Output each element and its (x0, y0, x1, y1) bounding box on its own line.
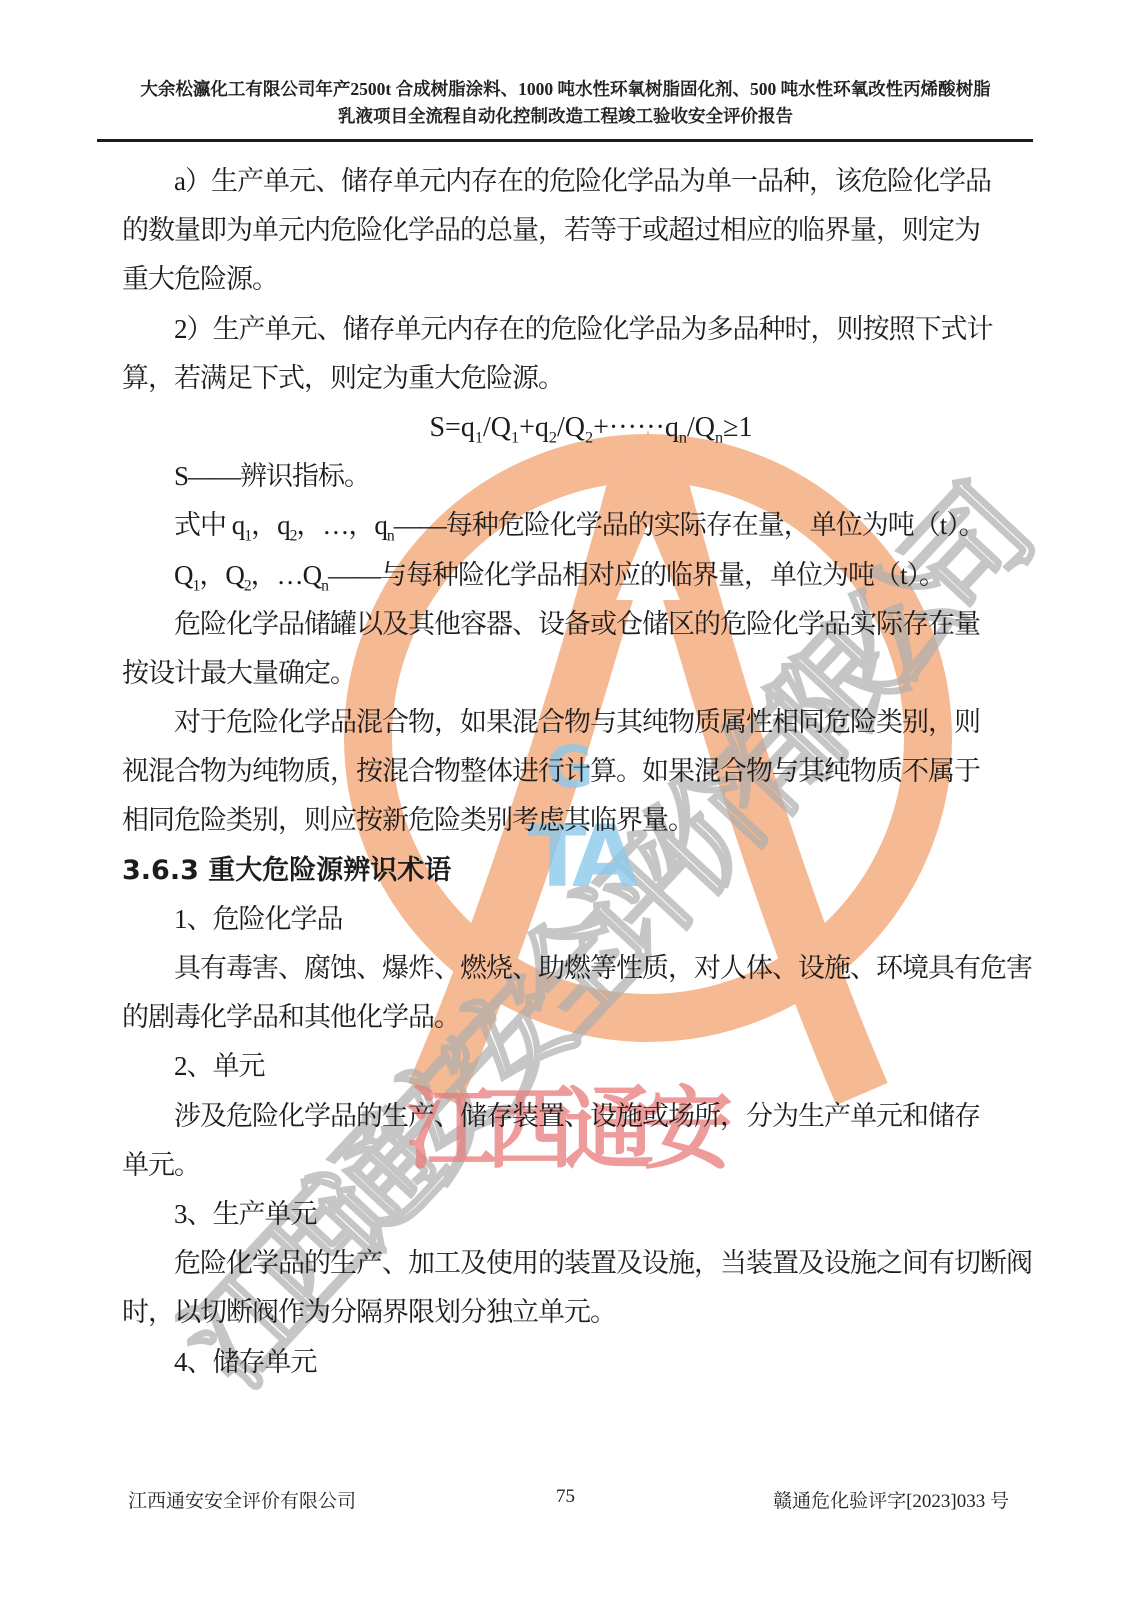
body-line: 对于危险化学品混合物，如果混合物与其纯物质属性相同危险类别，则 (122, 698, 1014, 747)
body-line: 1、危险化学品 (122, 895, 1014, 944)
body-line: S——辨识指标。 (122, 452, 1014, 501)
body-line: Q1，Q2，…Qn——与每种险化学品相对应的临界量，单位为吨（t）。 (122, 551, 1014, 600)
body-line: 2）生产单元、储存单元内存在的危险化学品为多品种时，则按照下式计 (122, 305, 1014, 354)
section-heading: 3.6.3 重大危险源辨识术语 (122, 846, 1014, 895)
body-line: 式中 q1，q2，…，qn——每种危险化学品的实际存在量，单位为吨（t）。 (122, 501, 1014, 550)
body-line: 3、生产单元 (122, 1190, 1014, 1239)
body-line: 具有毒害、腐蚀、爆炸、燃烧、助燃等性质，对人体、设施、环境具有危害 (122, 944, 1014, 993)
body-line: 重大危险源。 (122, 255, 1014, 304)
body-line: 时，以切断阀作为分隔界限划分独立单元。 (122, 1288, 1014, 1337)
report-page: 江西通安安全评价有限公司 G TA 江西通安 大余松瀛化工有限公司年产2500t… (0, 0, 1131, 1600)
formula: S=q1/Q1+q2/Q2+······qn/Qn≥1 (122, 403, 1014, 452)
body-line: 视混合物为纯物质，按混合物整体进行计算。如果混合物与其纯物质不属于 (122, 747, 1014, 796)
body-line: 的数量即为单元内危险化学品的总量，若等于或超过相应的临界量，则定为 (122, 206, 1014, 255)
body-line: 4、储存单元 (122, 1338, 1014, 1387)
body-line: 危险化学品的生产、加工及使用的装置及设施，当装置及设施之间有切断阀 (122, 1239, 1014, 1288)
body-line: 算，若满足下式，则定为重大危险源。 (122, 354, 1014, 403)
body-line: a）生产单元、储存单元内存在的危险化学品为单一品种，该危险化学品 (122, 157, 1014, 206)
body-line: 的剧毒化学品和其他化学品。 (122, 993, 1014, 1042)
body-line: 相同危险类别，则应按新危险类别考虑其临界量。 (122, 796, 1014, 845)
document-body: a）生产单元、储存单元内存在的危险化学品为单一品种，该危险化学品 的数量即为单元… (122, 157, 1014, 1387)
body-line: 2、单元 (122, 1042, 1014, 1091)
footer-doc-number: 赣通危化验评字[2023]033 号 (773, 1486, 1009, 1513)
body-line: 涉及危险化学品的生产、储存装置、设施或场所，分为生产单元和储存 (122, 1092, 1014, 1141)
body-line: 单元。 (122, 1141, 1014, 1190)
body-line: 危险化学品储罐以及其他容器、设备或仓储区的危险化学品实际存在量 (122, 600, 1014, 649)
body-line: 按设计最大量确定。 (122, 649, 1014, 698)
